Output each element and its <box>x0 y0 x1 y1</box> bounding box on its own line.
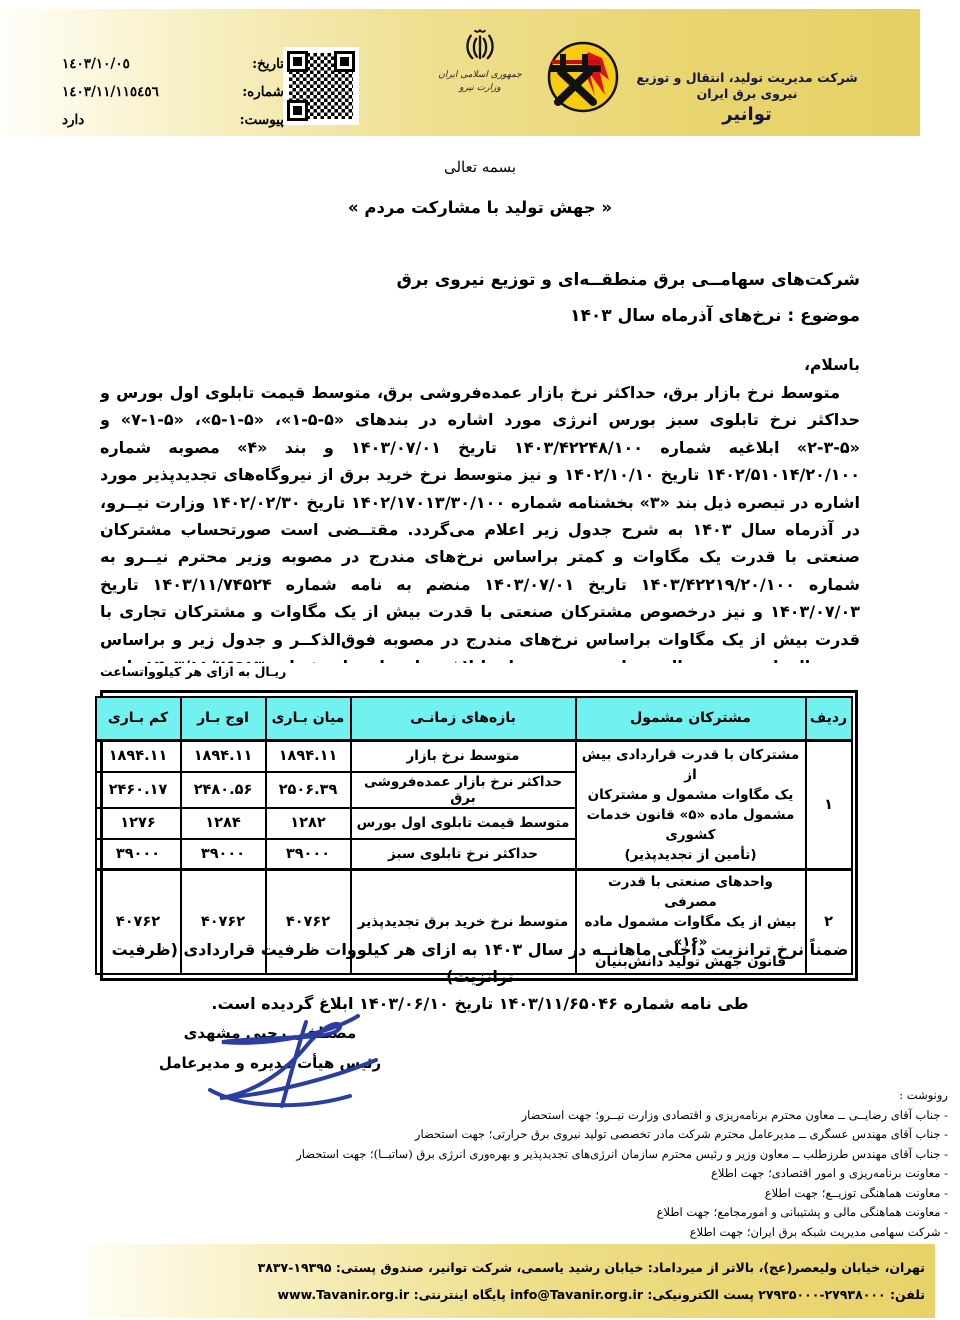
qr-finder-icon <box>287 100 308 121</box>
number-value: ١٤٠٣/١١/١١٥٤٥٦ <box>62 84 214 100</box>
rates-table: ردیف مشترکان مشمول بازه‌های زمانـی میان … <box>95 696 853 976</box>
footer-contact: تلفن: ۲۷۹۳۸۰۰۰-۲۷۹۳۵۰۰۰ پست الکترونیکی: … <box>86 1281 925 1308</box>
salutation: باسلام، <box>804 356 860 374</box>
date-value: ١٤٠٣/١٠/٠٥ <box>62 56 214 72</box>
table-row: ۱ مشترکان با قدرت قراردادی بیش از یک مگا… <box>96 741 852 772</box>
qr-finder-icon <box>287 51 308 72</box>
signature-block: مصطفی رجبی مشهدی رئیس هیأت مدیره و مدیرع… <box>148 1018 392 1078</box>
cc-item: - معاونت برنامه‌ریزی و امور اقتصادی؛ جهت… <box>70 1164 948 1184</box>
cc-list: رونوشت : - جناب آقای رضایــی ــ معاون مح… <box>70 1086 948 1242</box>
letter-page: تاریخ: ١٤٠٣/١٠/٠٥ شماره: ١٤٠٣/١١/١١٥٤٥٦ … <box>0 0 960 1320</box>
period-label: حداکثر نرخ تابلوی سبز <box>351 839 576 870</box>
meta-date-row: تاریخ: ١٤٠٣/١٠/٠٥ <box>62 50 284 78</box>
peak-load-value: ۱۸۹۴.۱۱ <box>181 741 266 772</box>
footer-address: تهران، خیابان ولیعصر(عج)، بالاتر از میرد… <box>86 1254 925 1281</box>
col-header-peak-load: اوج بـار <box>181 697 266 741</box>
letter-meta: تاریخ: ١٤٠٣/١٠/٠٥ شماره: ١٤٠٣/١١/١١٥٤٥٦ … <box>62 50 284 134</box>
number-label: شماره: <box>234 84 284 100</box>
table-unit-note: ریـال به ازای هر کیلوواتساعت <box>100 664 286 679</box>
cc-item: - معاونت هماهنگی مالی و پشتیبانی و امورم… <box>70 1203 948 1223</box>
attachment-label: پیوست: <box>234 112 284 128</box>
qr-finder-icon <box>334 51 355 72</box>
col-header-time-period: بازه‌های زمانـی <box>351 697 576 741</box>
peak-load-value: ۲۴۸۰.۵۶ <box>181 772 266 808</box>
date-label: تاریخ: <box>234 56 284 72</box>
low-load-value: ۳۹۰۰۰ <box>96 839 181 870</box>
govt-name: جمهوری اسلامی ایران <box>415 70 545 81</box>
col-header-low-load: کم بـاری <box>96 697 181 741</box>
postscript-line1: ضمناً نرخ ترانزیت داخلی ماهانــه در سال … <box>100 936 860 990</box>
mid-load-value: ۲۵۰۶.۳۹ <box>266 772 351 808</box>
cc-item: - جناب آقای مهندس طرزطلب ــ معاون وزیر و… <box>70 1145 948 1165</box>
footer-band: تهران، خیابان ولیعصر(عج)، بالاتر از میرد… <box>86 1244 935 1318</box>
peak-load-value: ۱۲۸۴ <box>181 808 266 839</box>
cc-item: - معاونت هماهنگی توزیــع؛ جهت اطلاع <box>70 1184 948 1204</box>
low-load-value: ۲۴۶۰.۱۷ <box>96 772 181 808</box>
cc-item: - جناب آقای رضایــی ــ معاون محترم برنام… <box>70 1106 948 1126</box>
period-label: حداکثر نرخ بازار عمده‌فروشی برق <box>351 772 576 808</box>
low-load-value: ۱۲۷۶ <box>96 808 181 839</box>
postscript-line2: طی نامه شماره ۱۴۰۳/۱۱/۶۵۰۴۶ تاریخ ۱۴۰۳/۰… <box>100 990 860 1017</box>
table-header-row: ردیف مشترکان مشمول بازه‌های زمانـی میان … <box>96 697 852 741</box>
year-slogan: « جهش تولید با مشارکت مردم » <box>0 198 960 217</box>
meta-number-row: شماره: ١٤٠٣/١١/١١٥٤٥٦ <box>62 78 284 106</box>
brand-text: شرکت مدیریت تولید، انتقال و توزیع نیروی … <box>628 70 866 125</box>
bismillah: بسمه تعالی <box>0 158 960 176</box>
col-header-mid-load: میان بـاری <box>266 697 351 741</box>
cc-item: - جناب آقای مهندس عسگری ــ مدیرعامل محتر… <box>70 1125 948 1145</box>
attachment-value: دارد <box>62 112 214 128</box>
iran-emblem: جمهوری اسلامی ایران وزارت نیرو <box>415 26 545 94</box>
tavanir-logo-icon <box>546 40 620 114</box>
cc-item: - شرکت سهامی مدیریت شبکه برق ایران؛ جهت … <box>70 1223 948 1243</box>
mid-load-value: ۱۸۹۴.۱۱ <box>266 741 351 772</box>
col-header-customers: مشترکان مشمول <box>576 697 806 741</box>
postscript: ضمناً نرخ ترانزیت داخلی ماهانــه در سال … <box>100 936 860 1017</box>
ministry-name: وزارت نیرو <box>415 83 545 94</box>
allah-emblem-icon <box>463 26 497 64</box>
letter-body: متوسط نرخ بازار برق، حداکثر نرخ بازار عم… <box>100 379 860 663</box>
row-number: ۱ <box>806 741 852 870</box>
low-load-value: ۱۸۹۴.۱۱ <box>96 741 181 772</box>
cc-label: رونوشت : <box>70 1086 948 1106</box>
company-short-name: توانیر <box>628 104 866 125</box>
meta-attachment-row: پیوست: دارد <box>62 106 284 134</box>
col-header-row-number: ردیف <box>806 697 852 741</box>
period-label: متوسط نرخ بازار <box>351 741 576 772</box>
mid-load-value: ۳۹۰۰۰ <box>266 839 351 870</box>
period-label: متوسط قیمت تابلوی اول بورس <box>351 808 576 839</box>
qr-code-icon <box>283 47 359 125</box>
signer-name: مصطفی رجبی مشهدی <box>148 1018 392 1048</box>
addressee-line: شرکت‌های سهامــی برق منطقــه‌ای و توزیع … <box>100 270 860 290</box>
signer-title: رئیس هیأت مدیره و مدیرعامل <box>148 1048 392 1078</box>
peak-load-value: ۳۹۰۰۰ <box>181 839 266 870</box>
mid-load-value: ۱۲۸۲ <box>266 808 351 839</box>
customer-group: مشترکان با قدرت قراردادی بیش از یک مگاوا… <box>576 741 806 870</box>
brand-block: شرکت مدیریت تولید، انتقال و توزیع نیروی … <box>546 28 866 125</box>
subject-line: موضوع : نرخ‌های آذرماه سال ۱۴۰۳ <box>100 306 860 326</box>
company-name: شرکت مدیریت تولید، انتقال و توزیع نیروی … <box>628 70 866 102</box>
